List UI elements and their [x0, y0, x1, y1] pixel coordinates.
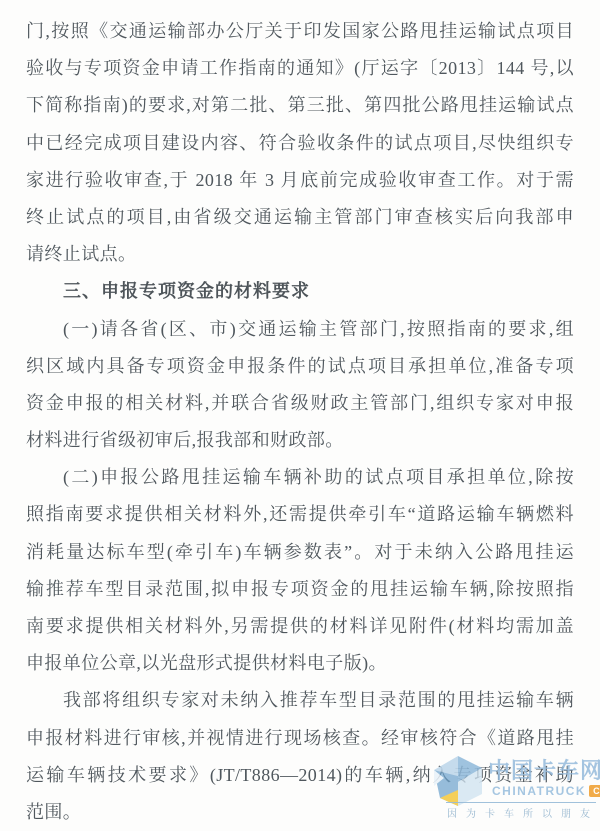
- text-line: 申报材料进行审核,并视情进行现场核查。经审核符合《道路甩挂: [26, 720, 574, 757]
- text-line: 运输车辆技术要求》(JT/T886—2014)的车辆,纳入专项资金补助: [26, 757, 574, 794]
- text-line: 验收与专项资金申请工作指南的通知》(厅运字〔2013〕144 号,以: [26, 50, 574, 87]
- text-line: 输推荐车型目录范围,拟申报专项资金的甩挂运输车辆,除按照指: [26, 571, 574, 608]
- text-line: 家进行验收审查,于 2018 年 3 月底前完成验收审查工作。对于需: [26, 162, 574, 199]
- text-line: 下简称指南)的要求,对第二批、第三批、第四批公路甩挂运输试点: [26, 87, 574, 124]
- text-line: 中已经完成项目建设内容、符合验收条件的试点项目,尽快组织专: [26, 125, 574, 162]
- text-line: (二)申报公路甩挂运输车辆补助的试点项目承担单位,除按: [26, 459, 574, 496]
- text-line: 消耗量达标车型(牵引车)车辆参数表”。对于未纳入公路甩挂运: [26, 534, 574, 571]
- text-line: 南要求提供相关材料外,另需提供的材料详见附件(材料均需加盖: [26, 608, 574, 645]
- text-line: 资金申报的相关材料,并联合省级财政主管部门,组织专家对申报: [26, 385, 574, 422]
- text-line: 范围。: [26, 794, 574, 831]
- text-line: 请终止试点。: [26, 236, 574, 273]
- text-line: 照指南要求提供相关材料外,还需提供牵引车“道路运输车辆燃料: [26, 496, 574, 533]
- watermark-tld-badge: COM: [589, 785, 600, 797]
- text-line: 材料进行省级初审后,报我部和财政部。: [26, 422, 574, 459]
- text-line: 我部将组织专家对未纳入推荐车型目录范围的甩挂运输车辆: [26, 682, 574, 719]
- text-line: 终止试点的项目,由省级交通运输主管部门审查核实后向我部申: [26, 199, 574, 236]
- text-line: 申报单位公章,以光盘形式提供材料电子版)。: [26, 645, 574, 682]
- text-line: 门,按照《交通运输部办公厅关于印发国家公路甩挂运输试点项目: [26, 13, 574, 50]
- document-page: 门,按照《交通运输部办公厅关于印发国家公路甩挂运输试点项目 验收与专项资金申请工…: [0, 0, 600, 831]
- text-line: 织区域内具备专项资金申报条件的试点项目承担单位,准备专项: [26, 348, 574, 385]
- text-line: (一)请各省(区、市)交通运输主管部门,按照指南的要求,组: [26, 311, 574, 348]
- section-heading: 三、申报专项资金的材料要求: [26, 273, 574, 310]
